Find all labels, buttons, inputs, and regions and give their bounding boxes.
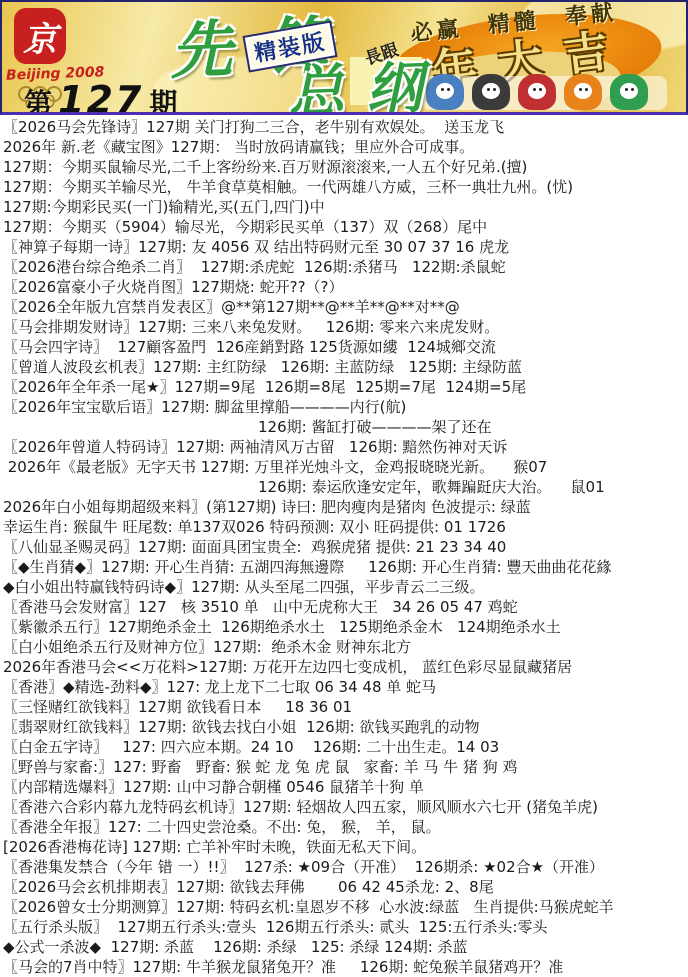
tip-line: 127期：今期买羊输尽光， 牛羊食草莫相触。一代两雄八方威，三杯一典壮九州。(忧… xyxy=(3,177,688,197)
tip-line: ◆公式一杀波◆ 127期: 杀蓝 126期: 杀绿 125: 杀绿 124期: … xyxy=(3,937,688,957)
mascot-figure-icon xyxy=(610,74,648,110)
tip-line: 〖紫徽杀五行〗127期绝杀金土 126期绝杀水土 125期绝杀金木 124期绝杀… xyxy=(3,617,688,637)
tip-line: 〖2026年全年杀一尾★〗127期=9尾 126期=8尾 125期=7尾 124… xyxy=(3,377,688,397)
issue-prefix: 第 xyxy=(24,87,52,115)
mascot-figure-icon xyxy=(518,74,556,110)
tip-line: 〖马会四字诗〗 127顧客盈門 126産銷對路 125货源如縷 124城鄉交流 xyxy=(3,337,688,357)
tip-line: 〖2026全年版九宫禁肖发表区〗@**第127期**@**羊**@**对**@ xyxy=(3,297,688,317)
tip-line: 2026年白小姐每期超级来料〗(第127期) 诗曰: 肥肉瘦肉是猪肉 色波提示:… xyxy=(3,497,688,517)
tip-line: 2026年《最老版》无字天书 127期: 万里祥光烛斗文，金鸡报晓晓光新。 猴0… xyxy=(3,457,688,477)
tip-line: 〖2026年宝宝歇后语〗127期: 脚盆里撑船————内行(航) xyxy=(3,397,688,417)
tip-line: 〖2026马会先锋诗〗127期 关门打狗二三合，老牛别有欢娱处。 送玉龙飞 xyxy=(3,117,688,137)
issue-suffix: 期 xyxy=(149,87,177,115)
issue-number: 127 xyxy=(52,78,149,115)
masthead-banner: 必赢 精髓 奉献 長跟 年大吉 先锋 总纲 精装版 京 Beijing 2008… xyxy=(0,0,688,115)
beijing-olympic-seal-icon: 京 xyxy=(14,8,66,64)
tip-line: 〖2026港台综合绝杀二肖〗 127期:杀虎蛇 126期:杀猪马 122期:杀鼠… xyxy=(3,257,688,277)
tip-line: 2026年香港马会<<万花料>127期: 万花开左边四七变成机， 蓝红色彩尽显鼠… xyxy=(3,657,688,677)
tip-line: 〖内部精选爆料〗127期: 山中习静合朝槿 0546 鼠猪羊十狗 单 xyxy=(3,777,688,797)
issue-number-label: 第127期 xyxy=(24,78,177,115)
tip-line: 127期：今期买鼠输尽光,二千上客纷纷来.百万财源滚滚来,一人五个好兄弟.(擅) xyxy=(3,157,688,177)
mascot-figure-icon xyxy=(564,74,602,110)
tip-line: 〖白小姐绝杀五行及财神方位〗127期: 绝杀木金 财神东北方 xyxy=(3,637,688,657)
tip-line: 〖马会排期发财诗〗127期: 三来八来兔发财。 126期: 零来六来虎发财。 xyxy=(3,317,688,337)
tip-line: 〖三怪赌红欲钱料〗127期 欲钱看日本 18 36 01 xyxy=(3,697,688,717)
tip-line: 〖马会的7肖中特〗127期: 牛羊猴龙鼠猪兔开？准 126期: 蛇兔猴羊鼠猪鸡开… xyxy=(3,957,688,977)
tips-list: 〖2026马会先锋诗〗127期 关门打狗二三合，老牛别有欢娱处。 送玉龙飞202… xyxy=(0,115,688,977)
tip-line: 〖香港马会发财富〗127 核 3510 单 山中无虎称大王 34 26 05 4… xyxy=(3,597,688,617)
tip-line: 2026年 新.老《藏宝图》127期： 当时放码请赢钱；里应外合可成事。 xyxy=(3,137,688,157)
tip-line: 〖2026富豪小子火烧肖图〗127期烧: 蛇开??（?） xyxy=(3,277,688,297)
tip-line: 〖八仙显圣赐灵码〗127期: 面面具团宝贵全: 鸡猴虎猪 提供: 21 23 3… xyxy=(3,537,688,557)
tip-line: 〖2026年曾道人特码诗〗127期: 两袖清风万古留 126期: 黯然伤神对天诉 xyxy=(3,437,688,457)
tip-line: 〖香港六合彩内幕九龙特码玄机诗〗127期: 轻烟故人四五家，顺风顺水六七开 (猪… xyxy=(3,797,688,817)
tip-line: 〖翡翠财红欲钱料〗127期: 欲钱去找白小姐 126期: 欲钱买跑乳的动物 xyxy=(3,717,688,737)
tip-line: 〖野兽与家畜:〗127: 野畜 野畜: 猴 蛇 龙 兔 虎 鼠 家畜: 羊 马 … xyxy=(3,757,688,777)
tip-line: 127期：今期买（5904）输尽光，今期彩民买单（137）双（268）尾中 xyxy=(3,217,688,237)
tip-line: 〖五行杀头版〗 127期五行杀头:壹头 126期五行杀头: 贰头 125:五行杀… xyxy=(3,917,688,937)
tip-line: ◆白小姐出特赢钱特码诗◆〗127期: 从头至尾二四强，平步青云二三级。 xyxy=(3,577,688,597)
tip-line: 126期: 泰运欣逢安定年，歌舞蹁跹庆大治。 鼠01 xyxy=(3,477,688,497)
tip-line: 〖◆生肖猜◆〗127期: 开心生肖猜: 五湖四海無邊際 126期: 开心生肖猜:… xyxy=(3,557,688,577)
tip-line: 幸运生肖: 猴鼠牛 旺尾数: 单137双026 特码预测: 双小 旺码提供: 0… xyxy=(3,517,688,537)
tip-line: 〖曾道人波段玄机表〗127期: 主红防绿 126期: 主蓝防绿 125期: 主绿… xyxy=(3,357,688,377)
tip-line: 〖香港〗◆精选-劲料◆〗127: 龙上龙下二七取 06 34 48 单 蛇马 xyxy=(3,677,688,697)
tip-line: [2026香港梅花诗] 127期: 亡羊补牢时未晚，铁面无私天下间。 xyxy=(3,837,688,857)
tip-line: 〖白金五字诗〗 127: 四六应本期。24 10 126期: 二十出生走。14 … xyxy=(3,737,688,757)
tip-line: 〖神算子每期一诗〗127期: 友 4056 双 结出特码财元至 30 07 37… xyxy=(3,237,688,257)
tip-line: 〖香港全年报〗127: 二十四史尝沧桑。不出: 兔， 猴， 羊， 鼠。 xyxy=(3,817,688,837)
tip-line: 〖2026马会玄机排期表〗127期: 欲钱去拜佛 06 42 45杀龙: 2、8… xyxy=(3,877,688,897)
olympic-mascots xyxy=(426,72,666,110)
tip-line: 〖2026曾女士分期测算〗127期: 特码玄机:皇恩岁不移 心水波:绿蓝 生肖提… xyxy=(3,897,688,917)
mascot-figure-icon xyxy=(472,74,510,110)
tip-line: 〖香港集发禁合（今年 错 一）!!〗 127杀: ★09合（开准） 126期杀:… xyxy=(3,857,688,877)
tip-line: 126期: 酱缸打破————架了还在 xyxy=(3,417,688,437)
tip-line: 127期:今期彩民买(一门)输精光,买(五门,四门)中 xyxy=(3,197,688,217)
